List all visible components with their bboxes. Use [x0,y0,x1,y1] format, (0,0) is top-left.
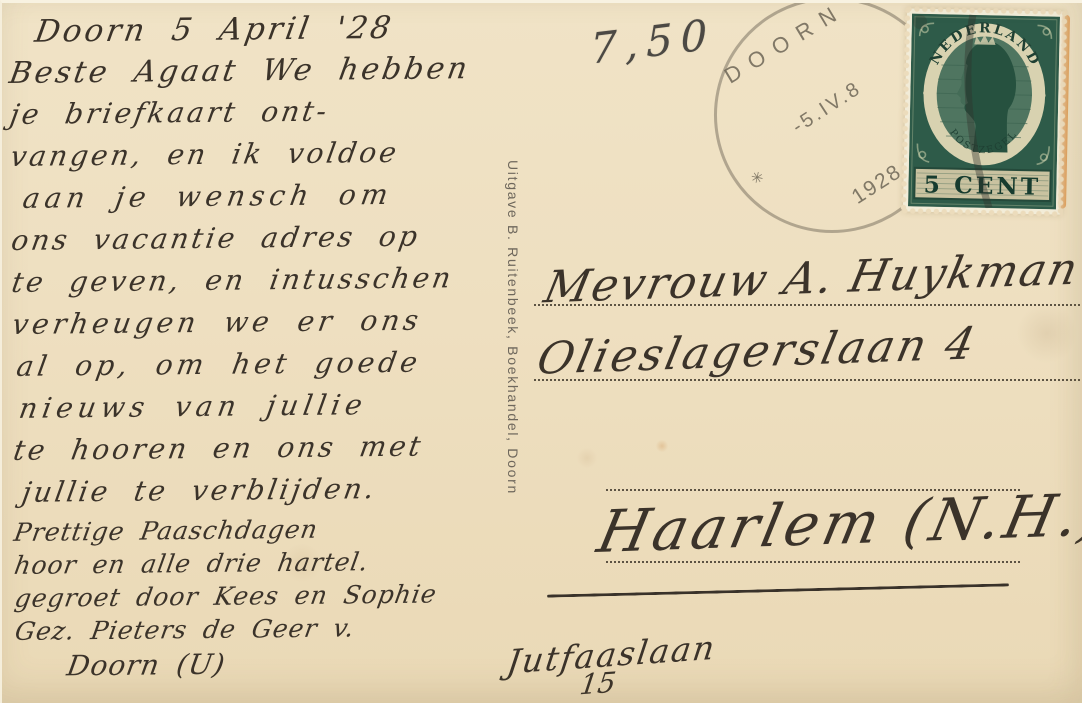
stamp-artwork: NEDERLAND POSTZEGEL 5 CENT [908,13,1060,209]
address-street: Olieslagerslaan 4 [533,318,982,385]
message-line: nieuws van jullie [15,386,576,434]
pencil-price-note: 7,50 [590,9,715,74]
message-line: jullie te verblijden. [18,470,577,518]
message-line: je briefkaart ont- [6,92,573,140]
publisher-imprint: Uitgave B. Ruitenbeek, Boekhandel, Doorn [505,160,521,495]
message-line: verheugen we er ons [8,302,575,350]
message-line: ons vacantie adres op [7,218,574,266]
message-overflow-number: 15 [578,666,618,702]
postcard-back-scan: Doorn 5 April '28Beste Agaat We hebbenje… [0,0,1082,703]
message-line: Doorn 5 April '28 [31,8,572,56]
address-recipient: Mevrouw A. Huykman [540,243,1082,313]
message-line: Doorn (U) [65,644,578,682]
message-line: vangen, en ik voldoe [7,134,574,182]
pen-underline [547,583,1009,597]
address-city: Haarlem (N.H.) [592,480,1082,566]
message-line: te hooren en ons met [10,428,577,476]
message-line: te geven, en intusschen [8,260,575,308]
message-line: Beste Agaat We hebben [6,50,573,98]
postage-stamp: NEDERLAND POSTZEGEL 5 CENT [903,8,1065,214]
message-block: Doorn 5 April '28Beste Agaat We hebbenje… [9,8,576,683]
message-line: aan je wensch om [19,176,574,224]
message-line: al op, om het goede [13,344,576,392]
